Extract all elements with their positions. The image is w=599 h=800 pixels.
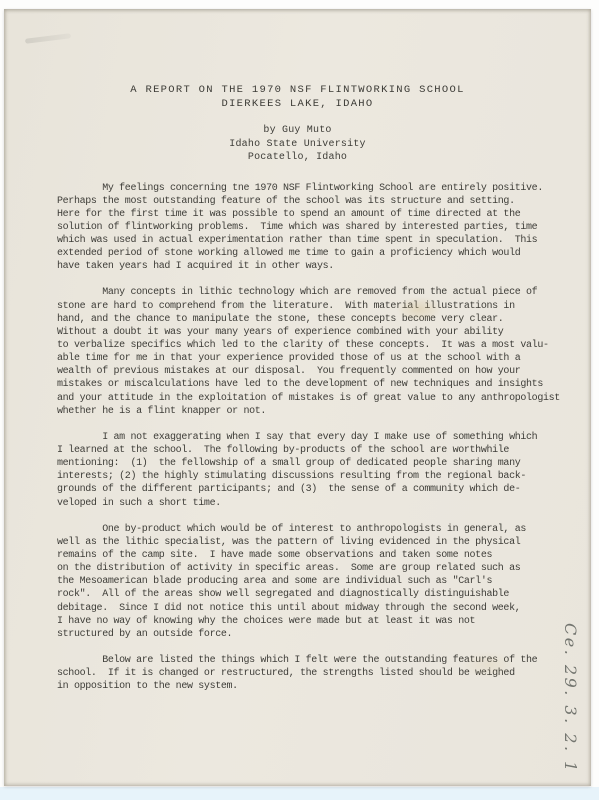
paragraph: One by-product which would be of interes…	[57, 523, 551, 641]
paragraph: I am not exaggerating when I say that ev…	[57, 431, 551, 510]
text-line: to verbalize specifics which led to the …	[57, 339, 551, 352]
text-line: in opposition to the new system.	[57, 680, 551, 693]
text-line: and your attitude in the exploitation of…	[57, 392, 551, 405]
report-title-line-1: A REPORT ON THE 1970 NSF FLINTWORKING SC…	[4, 84, 591, 98]
text-line: solution of flintworking problems. Time …	[57, 221, 551, 234]
paragraph: My feelings concerning tne 1970 NSF Flin…	[57, 182, 551, 274]
text-line: remains of the camp site. I have made so…	[57, 549, 551, 562]
document-page: A REPORT ON THE 1970 NSF FLINTWORKING SC…	[4, 9, 591, 786]
text-line: Here for the first time it was possible …	[57, 208, 551, 221]
text-line: One by-product which would be of interes…	[57, 523, 551, 536]
text-line: grounds of the different participants; a…	[57, 483, 551, 496]
text-line: Perhaps the most outstanding feature of …	[57, 195, 551, 208]
text-line: rock". All of the areas show well segreg…	[57, 588, 551, 601]
text-line: interests; (2) the highly stimulating di…	[57, 470, 551, 483]
text-line: I have no way of knowing why the choices…	[57, 615, 551, 628]
text-line: extended period of stone working allowed…	[57, 247, 551, 260]
report-title-line-2: DIERKEES LAKE, IDAHO	[4, 98, 591, 112]
text-line: Below are listed the things which I felt…	[57, 654, 551, 667]
text-line: have taken years had I acquired it in ot…	[57, 260, 551, 273]
text-line: I learned at the school. The following b…	[57, 444, 551, 457]
text-line: I am not exaggerating when I say that ev…	[57, 431, 551, 444]
paragraph: Many concepts in lithic technology which…	[57, 286, 551, 417]
text-line: debitage. Since I did not notice this un…	[57, 602, 551, 615]
location: Pocatello, Idaho	[4, 151, 591, 165]
scanned-document-photo: A REPORT ON THE 1970 NSF FLINTWORKING SC…	[0, 0, 599, 800]
paragraph: Below are listed the things which I felt…	[57, 654, 551, 693]
text-line: Without a doubt it was your many years o…	[57, 326, 551, 339]
pencil-smudge	[25, 33, 71, 44]
text-line: school. If it is changed or restructured…	[57, 667, 551, 680]
scan-backdrop-strip	[0, 787, 599, 800]
text-line: able time for me in that your experience…	[57, 352, 551, 365]
text-line: whether he is a flint knapper or not.	[57, 405, 551, 418]
affiliation: Idaho State University	[4, 138, 591, 152]
byline-block: by Guy Muto Idaho State University Pocat…	[4, 124, 591, 165]
title-block: A REPORT ON THE 1970 NSF FLINTWORKING SC…	[4, 84, 591, 111]
text-line: mentioning: (1) the fellowship of a smal…	[57, 457, 551, 470]
text-line: the Mesoamerican blade producing area an…	[57, 575, 551, 588]
margin-annotation-handwritten: Ce. 29. 3. 2. 1	[561, 623, 580, 774]
text-line: on the distribution of activity in speci…	[57, 562, 551, 575]
text-line: stone are hard to comprehend from the li…	[57, 300, 551, 313]
text-line: Many concepts in lithic technology which…	[57, 286, 551, 299]
text-line: structured by an outside force.	[57, 628, 551, 641]
text-line: veloped in such a short time.	[57, 497, 551, 510]
document-body: My feelings concerning tne 1970 NSF Flin…	[57, 182, 551, 694]
text-line: mistakes or miscalculations have led to …	[57, 378, 551, 391]
text-line: My feelings concerning tne 1970 NSF Flin…	[57, 182, 551, 195]
byline: by Guy Muto	[4, 124, 591, 138]
text-line: hand, and the chance to manipulate the s…	[57, 313, 551, 326]
text-line: wealth of previous mistakes at our dispo…	[57, 365, 551, 378]
text-line: which was used in actual experimentation…	[57, 234, 551, 247]
text-line: well as the lithic specialist, was the p…	[57, 536, 551, 549]
